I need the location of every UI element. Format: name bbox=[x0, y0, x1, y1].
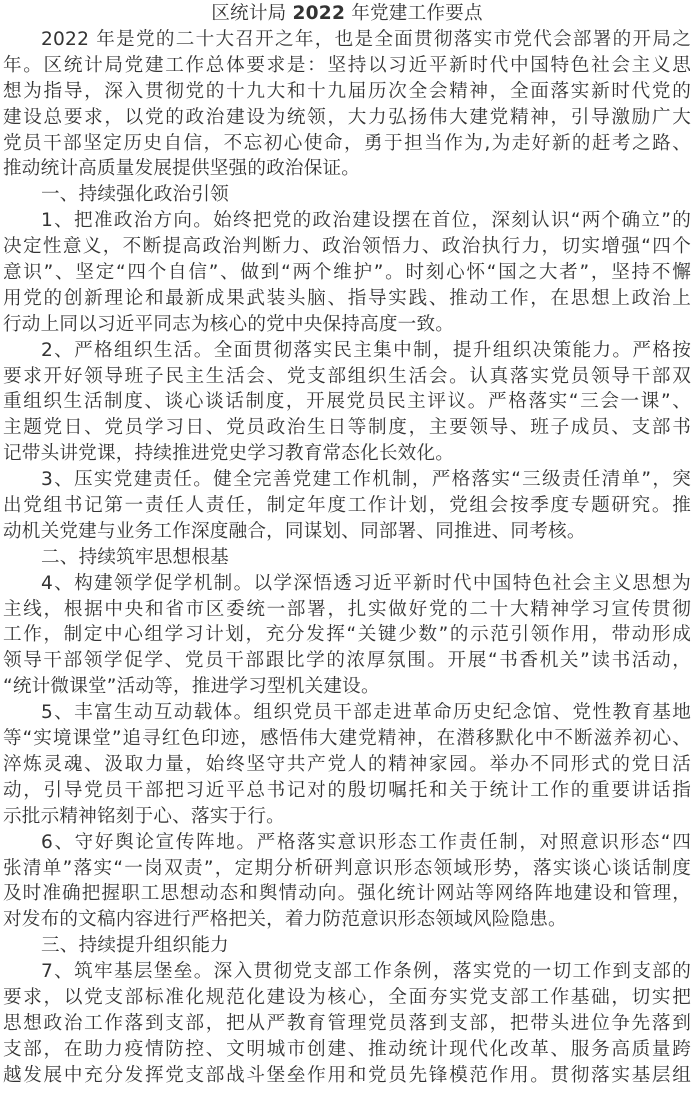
paragraph-line: 等“实境课堂”追寻红色印迹，感悟伟大建党精神，在潜移默化中不断滋养初心、 bbox=[3, 726, 691, 752]
paragraph-line: 年。区统计局党建工作总体要求是：坚持以习近平新时代中国特色社会主义思 bbox=[3, 53, 691, 79]
paragraph-line: 想为指导，深入贯彻党的十九大和十九届历次全会精神，全面落实新时代党的 bbox=[3, 79, 691, 105]
paragraph-line: 主线，根据中央和省市区委统一部署，扎实做好党的二十大精神学习宣传贯彻 bbox=[3, 597, 691, 623]
section-heading: 二、持续筑牢思想根基 bbox=[3, 545, 691, 571]
paragraph-line: 领导干部领学促学、党员干部跟比学的浓厚氛围。开展“书香机关”读书活动， bbox=[3, 648, 691, 674]
paragraph-line: 决定性意义，不断提高政治判断力、政治领悟力、政治执行力，切实增强“四个 bbox=[3, 234, 691, 260]
paragraph-line: 要求开好领导班子民主生活会、党支部组织生活会。认真落实党员领导干部双 bbox=[3, 364, 691, 390]
paragraph-line: 张清单”落实“一岗双责”，定期分析研判意识形态领域形势，落实谈心谈话制度 bbox=[3, 856, 691, 882]
intro-paragraph: 2022 年是党的二十大召开之年，也是全面贯彻落实市党代会部署的开局之 年。区统… bbox=[3, 27, 691, 182]
paragraph-line: 推动统计高质量发展提供坚强的政治保证。 bbox=[3, 156, 691, 182]
item-paragraph-1: 1、把准政治方向。始终把党的政治建设摆在首位，深刻认识“两个确立”的 决定性意义… bbox=[3, 208, 691, 337]
paragraph-line: 工作，制定中心组学习计划，充分发挥“关键少数”的示范引领作用，带动形成 bbox=[3, 622, 691, 648]
paragraph-line: “统计微课堂”活动等，推进学习型机关建设。 bbox=[3, 674, 691, 700]
paragraph-line: 5、丰富生动互动载体。组织党员干部走进革命历史纪念馆、党性教育基地 bbox=[3, 700, 691, 726]
paragraph-line: 淬炼灵魂、汲取力量，始终坚守共产党人的精神家园。举办不同形式的党日活 bbox=[3, 752, 691, 778]
item-paragraph-5: 5、丰富生动互动载体。组织党员干部走进革命历史纪念馆、党性教育基地 等“实境课堂… bbox=[3, 700, 691, 829]
paragraph-line: 6、守好舆论宣传阵地。严格落实意识形态工作责任制，对照意识形态“四 bbox=[3, 830, 691, 856]
title-prefix: 区统计局 bbox=[211, 3, 292, 24]
paragraph-line: 记带头讲党课，持续推进党史学习教育常态化长效化。 bbox=[3, 441, 691, 467]
paragraph-line: 2022 年是党的二十大召开之年，也是全面贯彻落实市党代会部署的开局之 bbox=[3, 27, 691, 53]
paragraph-line: 主题党日、党员学习日、党员政治生日等制度，主要领导、班子成员、支部书 bbox=[3, 415, 691, 441]
paragraph-line: 建设总要求，以党的政治建设为统领，大力弘扬伟大建党精神，引导激励广大 bbox=[3, 105, 691, 131]
section-organizational-capacity: 三、持续提升组织能力 7、筑牢基层堡垒。深入贯彻党支部工作条例，落实党的一切工作… bbox=[3, 933, 691, 1088]
paragraph-line: 2、严格组织生活。全面贯彻落实民主集中制，提升组织决策能力。严格按 bbox=[3, 338, 691, 364]
paragraph-line: 支部，在助力疫情防控、文明城市创建、推动统计现代化改革、服务高质量跨 bbox=[3, 1037, 691, 1063]
paragraph-line: 对发布的文稿内容进行严格把关，着力防范意识形态领域风险隐患。 bbox=[3, 907, 691, 933]
title-suffix: 年党建工作要点 bbox=[345, 3, 483, 24]
item-paragraph-6: 6、守好舆论宣传阵地。严格落实意识形态工作责任制，对照意识形态“四 张清单”落实… bbox=[3, 830, 691, 934]
paragraph-line: 用党的创新理论和最新成果武装头脑、指导实践、推动工作，在思想上政治上 bbox=[3, 286, 691, 312]
document-page: 区统计局 2022 年党建工作要点 2022 年是党的二十大召开之年，也是全面贯… bbox=[0, 0, 693, 1089]
paragraph-line: 意识”、坚定“四个自信”、做到“两个维护”。时刻心怀“国之大者”，坚持不懈 bbox=[3, 260, 691, 286]
section-ideological-foundation: 二、持续筑牢思想根基 4、构建领学促学机制。以学深悟透习近平新时代中国特色社会主… bbox=[3, 545, 691, 933]
paragraph-line: 动，引导党员干部把习近平总书记对的殷切嘱托和关于统计工作的重要讲话指 bbox=[3, 778, 691, 804]
paragraph-line: 思想政治工作落到支部，把从严教育管理党员落到支部，把带头进位争先落到 bbox=[3, 1011, 691, 1037]
paragraph-line: 示批示精神铭刻于心、落实于行。 bbox=[3, 804, 691, 830]
paragraph-line: 3、压实党建责任。健全完善党建工作机制，严格落实“三级责任清单”，突 bbox=[3, 467, 691, 493]
paragraph-line: 出党组书记第一责任人责任，制定年度工作计划，党组会按季度专题研究。推 bbox=[3, 493, 691, 519]
paragraph-line: 及时准确把握职工思想动态和舆情动向。强化统计网站等网络阵地建设和管理， bbox=[3, 881, 691, 907]
paragraph-line: 党员干部坚定历史自信，不忘初心使命，勇于担当作为,为走好新的赶考之路、 bbox=[3, 131, 691, 157]
paragraph-line: 1、把准政治方向。始终把党的政治建设摆在首位，深刻认识“两个确立”的 bbox=[3, 208, 691, 234]
paragraph-line: 重组织生活制度、谈心谈话制度，开展党员民主评议。严格落实“三会一课”、 bbox=[3, 389, 691, 415]
item-paragraph-2: 2、严格组织生活。全面贯彻落实民主集中制，提升组织决策能力。严格按 要求开好领导… bbox=[3, 338, 691, 467]
paragraph-line: 4、构建领学促学机制。以学深悟透习近平新时代中国特色社会主义思想为 bbox=[3, 571, 691, 597]
paragraph-line: 行动上同以习近平同志为核心的党中央保持高度一致。 bbox=[3, 312, 691, 338]
paragraph-line: 越发展中充分发挥党支部战斗堡垒作用和党员先锋模范作用。贯彻落实基层组 bbox=[3, 1063, 691, 1089]
item-paragraph-4: 4、构建领学促学机制。以学深悟透习近平新时代中国特色社会主义思想为 主线，根据中… bbox=[3, 571, 691, 700]
section-heading: 三、持续提升组织能力 bbox=[3, 933, 691, 959]
section-political-leadership: 一、持续强化政治引领 1、把准政治方向。始终把党的政治建设摆在首位，深刻认识“两… bbox=[3, 182, 691, 544]
paragraph-line: 动机关党建与业务工作深度融合，同谋划、同部署、同推进、同考核。 bbox=[3, 519, 691, 545]
document-title: 区统计局 2022 年党建工作要点 bbox=[3, 0, 691, 27]
paragraph-line: 7、筑牢基层堡垒。深入贯彻党支部工作条例，落实党的一切工作到支部的 bbox=[3, 959, 691, 985]
paragraph-line: 要求，以党支部标准化规范化建设为核心，全面夯实党支部工作基础，切实把 bbox=[3, 985, 691, 1011]
item-paragraph-3: 3、压实党建责任。健全完善党建工作机制，严格落实“三级责任清单”，突 出党组书记… bbox=[3, 467, 691, 545]
item-paragraph-7: 7、筑牢基层堡垒。深入贯彻党支部工作条例，落实党的一切工作到支部的 要求，以党支… bbox=[3, 959, 691, 1088]
title-year: 2022 bbox=[293, 3, 346, 24]
section-heading: 一、持续强化政治引领 bbox=[3, 182, 691, 208]
